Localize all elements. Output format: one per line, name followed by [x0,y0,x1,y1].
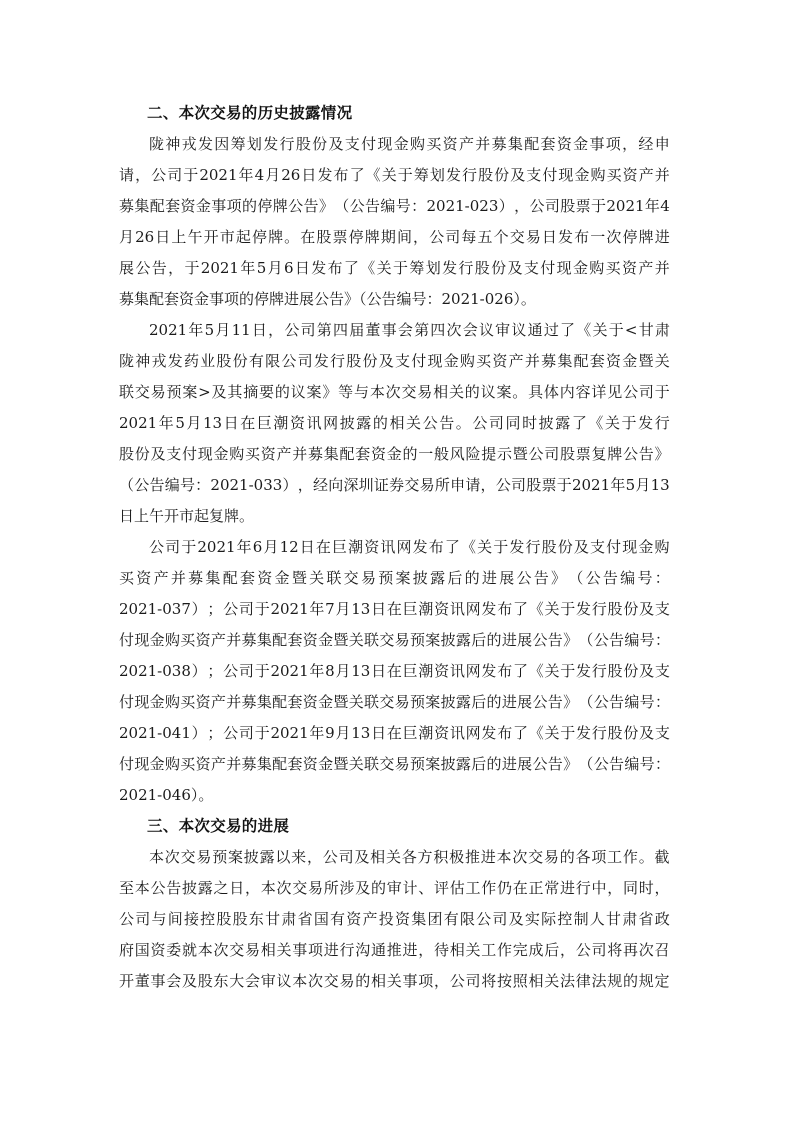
text-line: 2021-046）。 [119,780,670,811]
text-line: 募集配套资金事项的停牌进展公告》（公告编号：2021-026）。 [119,284,670,315]
text-line: 月26日上午开市起停牌。在股票停牌期间，公司每五个交易日发布一次停牌进 [119,222,670,253]
text-line: 府国资委就本次交易相关事项进行沟通推进，待相关工作完成后，公司将再次召 [119,935,670,966]
paragraph-transaction-progress: 本次交易预案披露以来，公司及相关各方积极推进本次交易的各项工作。截 至本公告披露… [119,842,670,997]
text-line: 2021-038）；公司于2021年8月13日在巨潮资讯网发布了《关于发行股份及… [119,656,670,687]
text-line: 2021年5月13日在巨潮资讯网披露的相关公告。公司同时披露了《关于发行 [119,408,670,439]
paragraph-suspension: 陇神戎发因筹划发行股份及支付现金购买资产并募集配套资金事项，经申 请，公司于20… [119,129,670,315]
text-line: 付现金购买资产并募集配套资金暨关联交易预案披露后的进展公告》（公告编号： [119,749,670,780]
text-line: 请，公司于2021年4月26日发布了《关于筹划发行股份及支付现金购买资产并 [119,160,670,191]
document-page: 二、本次交易的历史披露情况 陇神戎发因筹划发行股份及支付现金购买资产并募集配套资… [0,0,793,1122]
text-line: 展公告，于2021年5月6日发布了《关于筹划发行股份及支付现金购买资产并 [119,253,670,284]
section-heading-history: 二、本次交易的历史披露情况 [119,98,670,129]
text-line: 至本公告披露之日，本次交易所涉及的审计、评估工作仍在正常进行中，同时， [119,873,670,904]
text-line: 募集配套资金事项的停牌公告》（公告编号：2021-023），公司股票于2021年… [119,191,670,222]
paragraph-progress-announcements: 公司于2021年6月12日在巨潮资讯网发布了《关于发行股份及支付现金购 买资产并… [119,532,670,811]
text-line: 本次交易预案披露以来，公司及相关各方积极推进本次交易的各项工作。截 [119,842,670,873]
text-line: 付现金购买资产并募集配套资金暨关联交易预案披露后的进展公告》（公告编号： [119,687,670,718]
section-heading-progress: 三、本次交易的进展 [119,811,670,842]
text-line: 2021-041）；公司于2021年9月13日在巨潮资讯网发布了《关于发行股份及… [119,718,670,749]
document-body: 二、本次交易的历史披露情况 陇神戎发因筹划发行股份及支付现金购买资产并募集配套资… [119,98,670,997]
text-line: 陇神戎发因筹划发行股份及支付现金购买资产并募集配套资金事项，经申 [119,129,670,160]
text-line: 公司于2021年6月12日在巨潮资讯网发布了《关于发行股份及支付现金购 [119,532,670,563]
text-line: 陇神戎发药业股份有限公司发行股份及支付现金购买资产并募集配套资金暨关 [119,346,670,377]
text-line: 股份及支付现金购买资产并募集配套资金的一般风险提示暨公司股票复牌公告》 [119,439,670,470]
text-line: 日上午开市起复牌。 [119,501,670,532]
text-line: 2021年5月11日，公司第四届董事会第四次会议审议通过了《关于<甘肃 [119,315,670,346]
text-line: 联交易预案>及其摘要的议案》等与本次交易相关的议案。具体内容详见公司于 [119,377,670,408]
text-line: 付现金购买资产并募集配套资金暨关联交易预案披露后的进展公告》（公告编号： [119,625,670,656]
paragraph-board-resolution: 2021年5月11日，公司第四届董事会第四次会议审议通过了《关于<甘肃 陇神戎发… [119,315,670,532]
text-line: 公司与间接控股股东甘肃省国有资产投资集团有限公司及实际控制人甘肃省政 [119,904,670,935]
text-line: （公告编号：2021-033），经向深圳证券交易所申请，公司股票于2021年5月… [119,470,670,501]
text-line: 买资产并募集配套资金暨关联交易预案披露后的进展公告》（公告编号： [119,563,670,594]
text-line: 2021-037）；公司于2021年7月13日在巨潮资讯网发布了《关于发行股份及… [119,594,670,625]
text-line: 开董事会及股东大会审议本次交易的相关事项，公司将按照相关法律法规的规定 [119,966,670,997]
